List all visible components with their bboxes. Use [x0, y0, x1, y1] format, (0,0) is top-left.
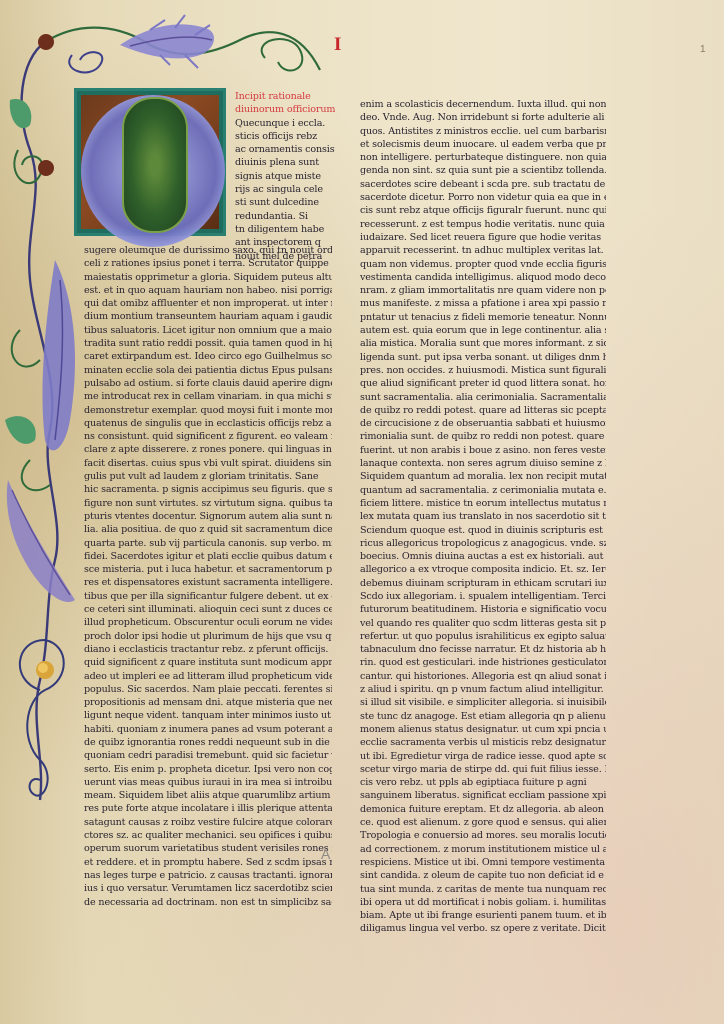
text-line: et reddere. et in promptu habere. Sed z … [84, 856, 332, 869]
text-line: iudaizare. Sed licet reuera figure que h… [360, 231, 606, 244]
text-line: sti sunt dulcedine [235, 196, 335, 209]
rubric-line: Incipit rationale [235, 90, 335, 103]
text-line: quarta parte. sub vij particula canonis.… [84, 537, 332, 550]
rubric-line: diuinorum officiorum. [235, 103, 335, 116]
text-line: nram. z gliam immortalitatis nre quam vi… [360, 284, 606, 297]
text-line: qui dat omibz affluenter et non improper… [84, 297, 332, 310]
text-line: redundantia. Si [235, 210, 335, 223]
text-line: me introducat rex in cellam vinariam. in… [84, 390, 332, 403]
left-text-column: sugere oleumque de durissimo saxo. qui t… [84, 244, 332, 909]
text-line: tabnaculum dno fecisse narratur. Et dz h… [360, 643, 606, 656]
text-line: autem est. quia eorum que in lege contin… [360, 324, 606, 337]
text-line: quos. Antistites z ministros ecclie. uel… [360, 125, 606, 138]
text-line: sce misteria. put i luca habetur. et sac… [84, 563, 332, 576]
text-line: de quibz ro reddi potest. quare ad litte… [360, 404, 606, 417]
text-line: ligenda sunt. put ipsa verba sonant. ut … [360, 351, 606, 364]
text-line: z aliud i spiritu. qn p vnum factum aliu… [360, 683, 606, 696]
text-line: quid significent z quare instituta sunt … [84, 656, 332, 669]
text-line: maiestatis opprimetur a gloria. Siquidem… [84, 271, 332, 284]
text-line: non intelligere. perturbateque distingue… [360, 151, 606, 164]
text-line: deo. Vnde. Aug. Non irridebunt si forte … [360, 111, 606, 124]
signature-mark: A [321, 846, 330, 862]
text-line: tibus que per illa significantur fulgere… [84, 590, 332, 603]
text-line: de necessaria ad doctrinam. non est tn s… [84, 896, 332, 909]
text-line: ricus allegoricus tropologicus z anagogi… [360, 537, 606, 550]
text-line: meam. Siquidem libet aliis atque quaruml… [84, 789, 332, 802]
text-line: serto. Eis enim p. propheta dicetur. Ips… [84, 763, 332, 776]
text-line: demonstretur exemplar. quod moysi fuit i… [84, 404, 332, 417]
text-line: proch dolor ipsi hodie ut plurimum de hi… [84, 630, 332, 643]
text-line: vel quando res qualiter quo scdm littera… [360, 617, 606, 630]
text-line: sanguinem liberatus. significat eccliam … [360, 789, 606, 802]
text-line: respiciens. Mistice ut ibi. Omni tempore… [360, 856, 606, 869]
text-line: apparuit recesserint. tn adhuc multiplex… [360, 244, 606, 257]
text-line: Siquidem quantum ad moralia. lex non rec… [360, 470, 606, 483]
text-line: hic sacramenta. p signis accipimus seu f… [84, 483, 332, 496]
text-line: tibus saluatoris. Licet igitur non omniu… [84, 324, 332, 337]
text-line: biam. Apte ut ibi frange esurienti panem… [360, 909, 606, 922]
text-line: lia. alia positiua. de quo z quid sit sa… [84, 523, 332, 536]
text-line: boecius. Omnis diuina auctas a est ex hi… [360, 550, 606, 563]
text-line: diligamus lingua vel verbo. sz opere z v… [360, 922, 606, 935]
text-line: rin. quod est gesticulari. inde histrion… [360, 656, 606, 669]
text-line: Sciendum quoque est. quod in diuinis scr… [360, 524, 606, 537]
text-line: genda non sint. sz quia sunt pie a scien… [360, 164, 606, 177]
text-line: fuerint. ut non arabis i boue z asino. n… [360, 444, 606, 457]
text-line: sacerdotes scire debeant i scda pre. sub… [360, 178, 606, 191]
text-line: monem alienus status designatur. ut cum … [360, 723, 606, 736]
text-line: uerunt vias meas quibus iuraui in ira me… [84, 776, 332, 789]
text-line: ius i quo versatur. Verumtamen licz sace… [84, 882, 332, 895]
text-line: ecclie sacramenta verbis ul misticis reb… [360, 736, 606, 749]
text-line: quam non videmus. propter quod vnde eccl… [360, 258, 606, 271]
text-line: tradita sunt ratio reddi possit. quia ta… [84, 337, 332, 350]
text-line: ibi opera ut dd mortificat i nobis golia… [360, 896, 606, 909]
text-line: et solecismis deum inuocare. ul eadem ve… [360, 138, 606, 151]
text-line: de quibz ignorantia rones reddi nequeunt… [84, 736, 332, 749]
text-line: sint candida. z oleum de capite tuo non … [360, 869, 606, 882]
text-line: ce. quod est alienum. z gore quod e sens… [360, 816, 606, 829]
text-line: rijs ac singula cele [235, 183, 335, 196]
text-line: de circucisione z de obseruantia sabbati… [360, 417, 606, 430]
text-line: alia mistica. Moralia sunt que mores inf… [360, 337, 606, 350]
text-line: ad correctionem. z morum institutionem m… [360, 843, 606, 856]
text-line: sunt sacramentalia. alia cerimonialia. S… [360, 391, 606, 404]
text-line: adeo ut impleri ee ad litteram illud pro… [84, 670, 332, 683]
text-line: figure non sunt virtutes. sz virtutum si… [84, 497, 332, 510]
text-line: cantur. qui historiones. Allegoria est q… [360, 670, 606, 683]
text-line: res et dispensatores existunt sacramenta… [84, 576, 332, 589]
text-line: celi z rationes ipsius ponet i terra. Sc… [84, 257, 332, 270]
text-line: demonica fuiture ereptam. Et dz allegori… [360, 803, 606, 816]
text-line: ns consistunt. quid significent z figure… [84, 430, 332, 443]
text-line: sacerdote dicetur. Porro non videtur qui… [360, 191, 606, 204]
text-line: Quecunque i eccla. [235, 117, 335, 130]
text-line: dium montium transeuntem hauriam aquam i… [84, 310, 332, 323]
text-line: ce ceteri sint illuminati. alioquin ceci… [84, 603, 332, 616]
text-line: minaten ecclie sola dei patientia dictus… [84, 364, 332, 377]
illuminated-initial-o [74, 88, 226, 236]
text-line: cis vero rebz. ut ppls ab egiptiaca fuit… [360, 776, 606, 789]
text-line: pntatur ut tenacius z fideli memorie ten… [360, 311, 606, 324]
pencil-foliation-mark: 1 [700, 44, 706, 55]
text-line: mus manifeste. z missa a pfatione i area… [360, 297, 606, 310]
text-line: quatenus de singulis que in ecclasticis … [84, 417, 332, 430]
initial-green-oval [122, 97, 188, 233]
text-line: ut ibi. Egredietur virga de radice iesse… [360, 750, 606, 763]
text-line: fidei. Sacerdotes igitur et plati ecclie… [84, 550, 332, 563]
text-line: sticis officijs rebz [235, 130, 335, 143]
text-line: pturis vtentes docentur. Signorum autem … [84, 510, 332, 523]
text-line: allegorico a ex vtroque composita indici… [360, 563, 606, 576]
text-line: refertur. ut quo populus israhiliticus e… [360, 630, 606, 643]
text-line: quoniam cedri paradisi tremebunt. quid s… [84, 749, 332, 762]
text-line: diano i ecclasticis tractantur rebz. z p… [84, 643, 332, 656]
text-line: habiti. quoniam z inumera panes ad vsum … [84, 723, 332, 736]
text-line: ficiem littere. mistice tn eorum intelle… [360, 497, 606, 510]
text-line: clare z apte disserere. z rones ponere. … [84, 443, 332, 456]
text-line: enim a scolasticis decernendum. Iuxta il… [360, 98, 606, 111]
text-line: vestimenta candida intelligimus. aliquod… [360, 271, 606, 284]
folio-number: I [334, 34, 341, 56]
text-line: nas leges turpe e patricio. z causas tra… [84, 869, 332, 882]
text-line: cis sunt rebz atque officijs figuralr fu… [360, 204, 606, 217]
text-line: satagunt causas z roibz vestire fulcire … [84, 816, 332, 829]
text-line: ligunt neque vident. tanquam inter minim… [84, 709, 332, 722]
text-line: ctores sz. ac qualiter mechanici. seu op… [84, 829, 332, 842]
text-line: res pute forte atque incolatare i illis … [84, 802, 332, 815]
text-line: pulsabo ad ostium. si forte clauis dauid… [84, 377, 332, 390]
text-line: est. et in quo aquam hauriam non habeo. … [84, 284, 332, 297]
text-line: Tropologia e conuersio ad mores. seu mor… [360, 829, 606, 842]
text-line: diuinis plena sunt [235, 156, 335, 169]
text-line: quantum ad sacramentalia. z cerimonialia… [360, 484, 606, 497]
text-line: gulis put vult ad laudem z gloriam trini… [84, 470, 332, 483]
text-line: Scdo iux allegoriam. i. spualem intellig… [360, 590, 606, 603]
text-line: futurorum beatitudinem. Historia e signi… [360, 603, 606, 616]
text-line: tn diligentem habe [235, 223, 335, 236]
right-text-column: enim a scolasticis decernendum. Iuxta il… [360, 98, 606, 936]
text-line: que aliud significant preter id quod lit… [360, 377, 606, 390]
text-line: lex mutata quam ius translato in nos sac… [360, 510, 606, 523]
text-line: pres. non occides. z huiusmodi. Mistica … [360, 364, 606, 377]
text-line: ste tunc dz anagoge. Est etiam allegoria… [360, 710, 606, 723]
text-line: recesserunt. z est tempus hodie veritati… [360, 218, 606, 231]
text-line: rimonialia sunt. de quibz ro reddi non p… [360, 430, 606, 443]
text-line: scetur virgo maria de stirpe dd. qui fui… [360, 763, 606, 776]
text-line: ac ornamentis consist [235, 143, 335, 156]
text-line: facit disertas. cuius spus vbi vult spir… [84, 457, 332, 470]
text-line: caret extirpandum est. Ideo circo ego Gu… [84, 350, 332, 363]
text-line: lanaque contexta. non seres agrum diuiso… [360, 457, 606, 470]
text-line: tua sint munda. z caritas de mente tua n… [360, 883, 606, 896]
text-line: illud propheticum. Obscurentur oculi eor… [84, 616, 332, 629]
text-line: populus. Sic sacerdos. Nam plaie peccati… [84, 683, 332, 696]
text-line: sugere oleumque de durissimo saxo. qui t… [84, 244, 332, 257]
text-line: signis atque miste [235, 170, 335, 183]
text-line: si illud sit visibile. e simpliciter all… [360, 696, 606, 709]
text-line: debemus diuinam scripturam in ethicam sc… [360, 577, 606, 590]
text-line: operum suorum varietatibus student veris… [84, 842, 332, 855]
manuscript-page: I 1 Incipit rationale diuinorum officior… [0, 0, 724, 1024]
text-line: propositionis ad mensam dni. atque miste… [84, 696, 332, 709]
left-column-heading-block: Incipit rationale diuinorum officiorum. … [235, 90, 335, 263]
